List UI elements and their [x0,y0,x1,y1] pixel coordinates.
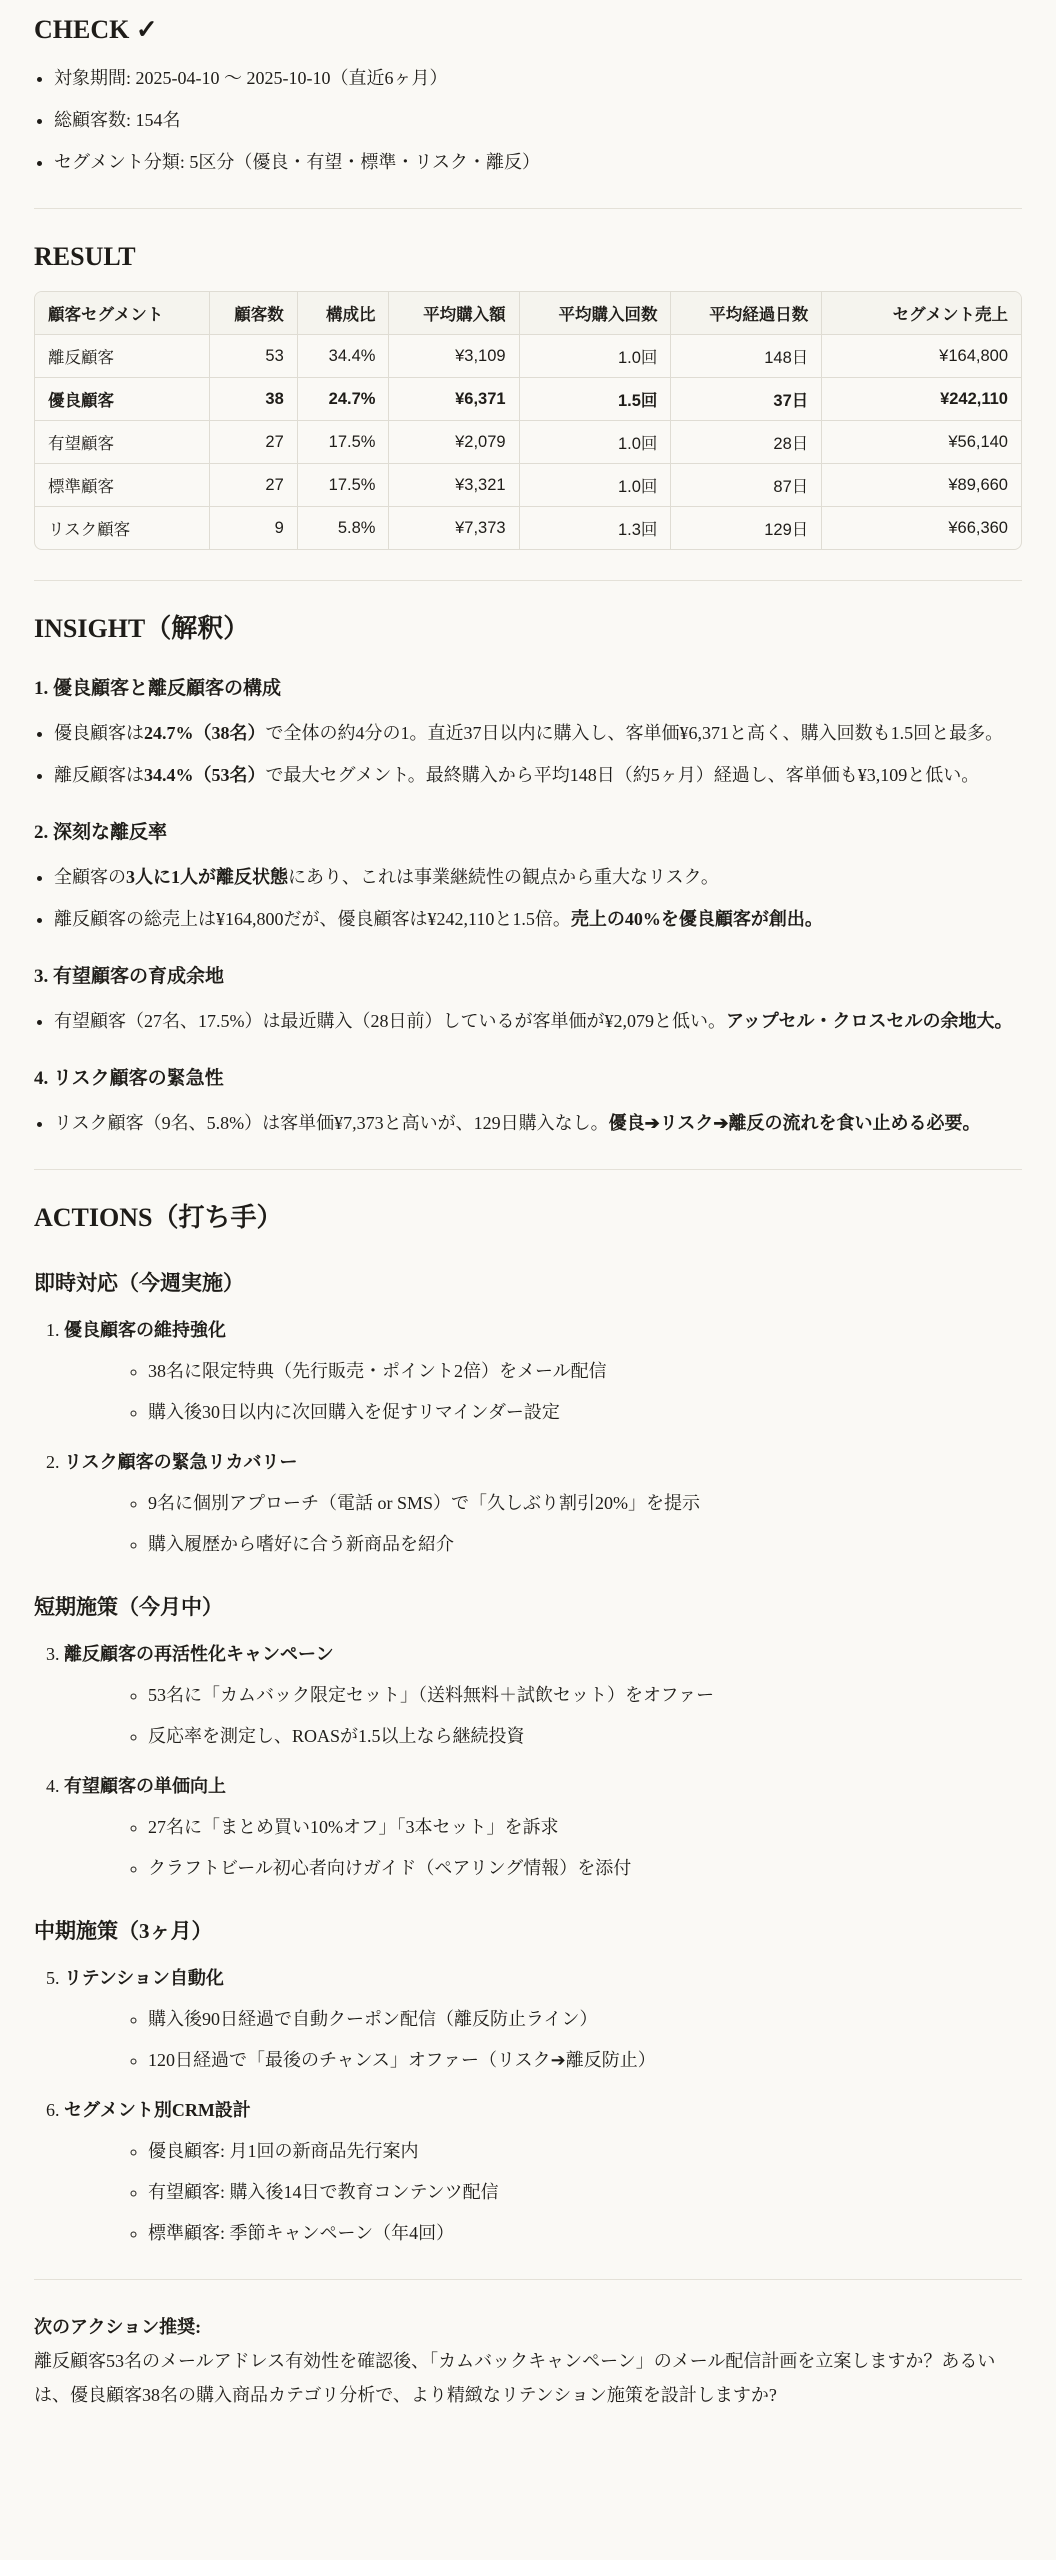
check-list: 対象期間: 2025-04-10 ～ 2025-10-10（直近6ヶ月）総顧客数… [34,62,1022,178]
text-run: 短期施策（今月中） [34,1595,223,1619]
table-cell: 1.0回 [519,335,671,378]
list-item: 優良顧客は24.7%（38名）で全体の約4分の1。直近37日以内に購入し、客単価… [54,717,1022,749]
table-header-cell: 平均経過日数 [671,292,822,335]
action-item-title: リスク顧客の緊急リカバリー [64,1452,297,1472]
insight-2-heading: 2. 深刻な離反率 [34,819,1022,847]
table-cell: 27 [210,421,298,464]
table-header-cell: 平均購入額 [389,292,519,335]
text-run: 総顧客数: 154名 [54,110,181,130]
bold-text: 売上の40%を優良顧客が創出。 [571,909,823,929]
segment-table: 顧客セグメント顧客数構成比平均購入額平均購入回数平均経過日数セグメント売上離反顧… [35,292,1021,549]
text-run: 53名に「カムバック限定セット」（送料無料＋試飲セット）をオファー [148,1685,714,1705]
table-row: 有望顧客2717.5%¥2,0791.0回28日¥56,140 [35,421,1021,464]
action-sub-item: 優良顧客: 月1回の新商品先行案内 [148,2135,1022,2167]
table-body: 離反顧客5334.4%¥3,1091.0回148日¥164,800優良顧客382… [35,335,1021,550]
bold-text: アップセル・クロスセルの余地大。 [726,1011,1013,1031]
table-header-cell: 顧客数 [210,292,298,335]
table-cell: 優良顧客 [35,378,210,421]
insight-4-heading: 4. リスク顧客の緊急性 [34,1065,1022,1093]
table-cell: 1.0回 [519,464,671,507]
action-item: 優良顧客の維持強化38名に限定特典（先行販売・ポイント2倍）をメール配信購入後3… [64,1314,1022,1428]
text-run: 中期施策（3ヶ月） [34,1919,213,1943]
table-cell: ¥56,140 [822,421,1021,464]
table-cell: 37日 [671,378,822,421]
bold-text: 3人に1人が離反状態 [126,867,288,887]
table-cell: 離反顧客 [35,335,210,378]
table-header-cell: 顧客セグメント [35,292,210,335]
table-cell: ¥89,660 [822,464,1021,507]
action-sub-item: 53名に「カムバック限定セット」（送料無料＋試飲セット）をオファー [148,1679,1022,1711]
list-item: 離反顧客は34.4%（53名）で最大セグメント。最終購入から平均148日（約5ヶ… [54,759,1022,791]
actions-list-immediate: 優良顧客の維持強化38名に限定特典（先行販売・ポイント2倍）をメール配信購入後3… [34,1314,1022,1560]
analysis-document: CHECK ✓対象期間: 2025-04-10 ～ 2025-10-10（直近6… [0,0,1056,2452]
divider [34,580,1022,581]
insight-2-list: 全顧客の3人に1人が離反状態にあり、これは事業継続性の観点から重大なリスク。離反… [34,861,1022,935]
action-sub-item: 購入後90日経過で自動クーポン配信（離反防止ライン） [148,2003,1022,2035]
text-run: 即時対応（今週実施） [34,1271,244,1295]
table-cell: 24.7% [297,378,389,421]
bold-text: 次のアクション推奨: [34,2317,201,2337]
paragraph: 次のアクション推奨:離反顧客53名のメールアドレス有効性を確認後、「カムバックキ… [34,2310,1022,2412]
phase-short-heading: 短期施策（今月中） [34,1592,1022,1622]
action-item-title: セグメント別CRM設計 [64,2100,251,2120]
table-cell: 1.5回 [519,378,671,421]
list-item: 離反顧客の総売上は¥164,800だが、優良顧客は¥242,110と1.5倍。売… [54,903,1022,935]
insight-4-list: リスク顧客（9名、5.8%）は客単価¥7,373と高いが、129日購入なし。優良… [34,1107,1022,1139]
action-sub-item: 38名に限定特典（先行販売・ポイント2倍）をメール配信 [148,1355,1022,1387]
action-item: 離反顧客の再活性化キャンペーン53名に「カムバック限定セット」（送料無料＋試飲セ… [64,1638,1022,1752]
action-sub-item: 購入後30日以内に次回購入を促すリマインダー設定 [148,1396,1022,1428]
table-header-row: 顧客セグメント顧客数構成比平均購入額平均購入回数平均経過日数セグメント売上 [35,292,1021,335]
text-run: 3. 有望顧客の育成余地 [34,966,224,987]
segment-table-wrap: 顧客セグメント顧客数構成比平均購入額平均購入回数平均経過日数セグメント売上離反顧… [34,291,1022,550]
action-sub-item: 反応率を測定し、ROASが1.5以上なら継続投資 [148,1720,1022,1752]
action-item: リテンション自動化購入後90日経過で自動クーポン配信（離反防止ライン）120日経… [64,1962,1022,2076]
text-run: RESULT [34,242,136,271]
result-heading: RESULT [34,239,1022,275]
insight-1-list: 優良顧客は24.7%（38名）で全体の約4分の1。直近37日以内に購入し、客単価… [34,717,1022,791]
insight-3-list: 有望顧客（27名、17.5%）は最近購入（28日前）しているが客単価が¥2,07… [34,1005,1022,1037]
phase-mid-heading: 中期施策（3ヶ月） [34,1916,1022,1946]
table-cell: ¥66,360 [822,507,1021,550]
action-sub-item: クラフトビール初心者向けガイド（ペアリング情報）を添付 [148,1852,1022,1884]
text-run: 離反顧客は [54,765,144,785]
text-run: 38名に限定特典（先行販売・ポイント2倍）をメール配信 [148,1361,607,1381]
bold-text: 34.4%（53名） [144,765,266,785]
action-sub-list: 27名に「まとめ買い10%オフ」「3本セット」を訴求クラフトビール初心者向けガイ… [64,1811,1022,1884]
bold-text: 優良➔リスク➔離反の流れを食い止める必要。 [609,1113,981,1133]
action-sub-list: 9名に個別アプローチ（電話 or SMS）で「久しぶり割引20%」を提示購入履歴… [64,1487,1022,1560]
action-sub-list: 購入後90日経過で自動クーポン配信（離反防止ライン）120日経過で「最後のチャン… [64,2003,1022,2076]
action-sub-item: 120日経過で「最後のチャンス」オファー（リスク➔離反防止） [148,2044,1022,2076]
table-cell: 9 [210,507,298,550]
text-run: で全体の約4分の1。直近37日以内に購入し、客単価¥6,371と高く、購入回数も… [266,723,1004,743]
next-action-paragraph: 次のアクション推奨:離反顧客53名のメールアドレス有効性を確認後、「カムバックキ… [34,2310,1022,2412]
actions-list-mid: リテンション自動化購入後90日経過で自動クーポン配信（離反防止ライン）120日経… [34,1962,1022,2249]
table-cell: ¥7,373 [389,507,519,550]
action-sub-item: 9名に個別アプローチ（電話 or SMS）で「久しぶり割引20%」を提示 [148,1487,1022,1519]
text-run: 購入後30日以内に次回購入を促すリマインダー設定 [148,1402,560,1422]
table-row: 離反顧客5334.4%¥3,1091.0回148日¥164,800 [35,335,1021,378]
action-sub-item: 標準顧客: 季節キャンペーン（年4回） [148,2217,1022,2249]
table-cell: ¥242,110 [822,378,1021,421]
table-cell: 129日 [671,507,822,550]
divider [34,2279,1022,2280]
divider [34,208,1022,209]
table-cell: 有望顧客 [35,421,210,464]
insight-3-heading: 3. 有望顧客の育成余地 [34,963,1022,991]
table-cell: ¥3,321 [389,464,519,507]
action-item-title: リテンション自動化 [64,1968,224,1988]
table-cell: 1.0回 [519,421,671,464]
table-header-cell: セグメント売上 [822,292,1021,335]
table-header-cell: 構成比 [297,292,389,335]
table-cell: 38 [210,378,298,421]
table-header-cell: 平均購入回数 [519,292,671,335]
text-run: 1. 優良顧客と離反顧客の構成 [34,678,281,699]
actions-list-short: 離反顧客の再活性化キャンペーン53名に「カムバック限定セット」（送料無料＋試飲セ… [34,1638,1022,1884]
action-item: セグメント別CRM設計優良顧客: 月1回の新商品先行案内有望顧客: 購入後14日… [64,2094,1022,2249]
text-run: INSIGHT（解釈） [34,614,249,643]
table-cell: 1.3回 [519,507,671,550]
text-run: 2. 深刻な離反率 [34,822,167,843]
text-run: クラフトビール初心者向けガイド（ペアリング情報）を添付 [148,1858,631,1878]
text-run: で最大セグメント。最終購入から平均148日（約5ヶ月）経過し、客単価も¥3,10… [266,765,980,785]
table-row: リスク顧客95.8%¥7,3731.3回129日¥66,360 [35,507,1021,550]
list-item: リスク顧客（9名、5.8%）は客単価¥7,373と高いが、129日購入なし。優良… [54,1107,1022,1139]
text-run: 有望顧客: 購入後14日で教育コンテンツ配信 [148,2182,499,2202]
table-row: 優良顧客3824.7%¥6,3711.5回37日¥242,110 [35,378,1021,421]
action-sub-item: 有望顧客: 購入後14日で教育コンテンツ配信 [148,2176,1022,2208]
action-sub-list: 38名に限定特典（先行販売・ポイント2倍）をメール配信購入後30日以内に次回購入… [64,1355,1022,1428]
list-item: 全顧客の3人に1人が離反状態にあり、これは事業継続性の観点から重大なリスク。 [54,861,1022,893]
list-item: 有望顧客（27名、17.5%）は最近購入（28日前）しているが客単価が¥2,07… [54,1005,1022,1037]
text-run: 離反顧客53名のメールアドレス有効性を確認後、「カムバックキャンペーン」のメール… [34,2351,995,2405]
divider [34,1169,1022,1170]
table-cell: 53 [210,335,298,378]
table-cell: 28日 [671,421,822,464]
table-cell: ¥3,109 [389,335,519,378]
action-sub-list: 53名に「カムバック限定セット」（送料無料＋試飲セット）をオファー反応率を測定し… [64,1679,1022,1752]
insight-1-heading: 1. 優良顧客と離反顧客の構成 [34,675,1022,703]
bold-text: 24.7%（38名） [144,723,266,743]
text-run: 27名に「まとめ買い10%オフ」「3本セット」を訴求 [148,1817,558,1837]
actions-heading: ACTIONS（打ち手） [34,1200,1022,1236]
table-cell: 17.5% [297,464,389,507]
action-sub-item: 購入履歴から嗜好に合う新商品を紹介 [148,1528,1022,1560]
text-run: ACTIONS（打ち手） [34,1203,282,1232]
list-item: 総顧客数: 154名 [54,104,1022,136]
text-run: 標準顧客: 季節キャンペーン（年4回） [148,2223,454,2243]
table-cell: 5.8% [297,507,389,550]
text-run: 反応率を測定し、ROASが1.5以上なら継続投資 [148,1726,525,1746]
text-run: 離反顧客の総売上は¥164,800だが、優良顧客は¥242,110と1.5倍。 [54,909,571,929]
table-cell: リスク顧客 [35,507,210,550]
action-sub-list: 優良顧客: 月1回の新商品先行案内有望顧客: 購入後14日で教育コンテンツ配信標… [64,2135,1022,2249]
table-cell: 148日 [671,335,822,378]
table-cell: ¥2,079 [389,421,519,464]
action-item: 有望顧客の単価向上27名に「まとめ買い10%オフ」「3本セット」を訴求クラフトビ… [64,1770,1022,1884]
table-cell: 標準顧客 [35,464,210,507]
text-run: セグメント分類: 5区分（優良・有望・標準・リスク・離反） [54,152,540,172]
text-run: 120日経過で「最後のチャンス」オファー（リスク➔離反防止） [148,2050,656,2070]
table-cell: 17.5% [297,421,389,464]
action-item-title: 離反顧客の再活性化キャンペーン [64,1644,334,1664]
table-cell: 87日 [671,464,822,507]
table-header: 顧客セグメント顧客数構成比平均購入額平均購入回数平均経過日数セグメント売上 [35,292,1021,335]
table-row: 標準顧客2717.5%¥3,3211.0回87日¥89,660 [35,464,1021,507]
text-run: 4. リスク顧客の緊急性 [34,1068,224,1089]
action-item-title: 優良顧客の維持強化 [64,1320,226,1340]
phase-immediate-heading: 即時対応（今週実施） [34,1268,1022,1298]
text-run: 優良顧客は [54,723,144,743]
text-run: 購入後90日経過で自動クーポン配信（離反防止ライン） [148,2009,597,2029]
text-run: 優良顧客: 月1回の新商品先行案内 [148,2141,419,2161]
text-run: CHECK ✓ [34,15,158,44]
table-cell: 27 [210,464,298,507]
text-run: 対象期間: 2025-04-10 ～ 2025-10-10（直近6ヶ月） [54,68,447,88]
list-item: セグメント分類: 5区分（優良・有望・標準・リスク・離反） [54,146,1022,178]
check-heading: CHECK ✓ [34,12,1022,48]
insight-heading: INSIGHT（解釈） [34,611,1022,647]
table-cell: 34.4% [297,335,389,378]
action-sub-item: 27名に「まとめ買い10%オフ」「3本セット」を訴求 [148,1811,1022,1843]
action-item: リスク顧客の緊急リカバリー9名に個別アプローチ（電話 or SMS）で「久しぶり… [64,1446,1022,1560]
list-item: 対象期間: 2025-04-10 ～ 2025-10-10（直近6ヶ月） [54,62,1022,94]
action-item-title: 有望顧客の単価向上 [64,1776,226,1796]
text-run: リスク顧客（9名、5.8%）は客単価¥7,373と高いが、129日購入なし。 [54,1113,609,1133]
text-run: にあり、これは事業継続性の観点から重大なリスク。 [288,867,719,887]
text-run: 全顧客の [54,867,126,887]
text-run: 購入履歴から嗜好に合う新商品を紹介 [148,1534,454,1554]
table-cell: ¥164,800 [822,335,1021,378]
table-cell: ¥6,371 [389,378,519,421]
text-run: 有望顧客（27名、17.5%）は最近購入（28日前）しているが客単価が¥2,07… [54,1011,726,1031]
text-run: 9名に個別アプローチ（電話 or SMS）で「久しぶり割引20%」を提示 [148,1493,700,1513]
